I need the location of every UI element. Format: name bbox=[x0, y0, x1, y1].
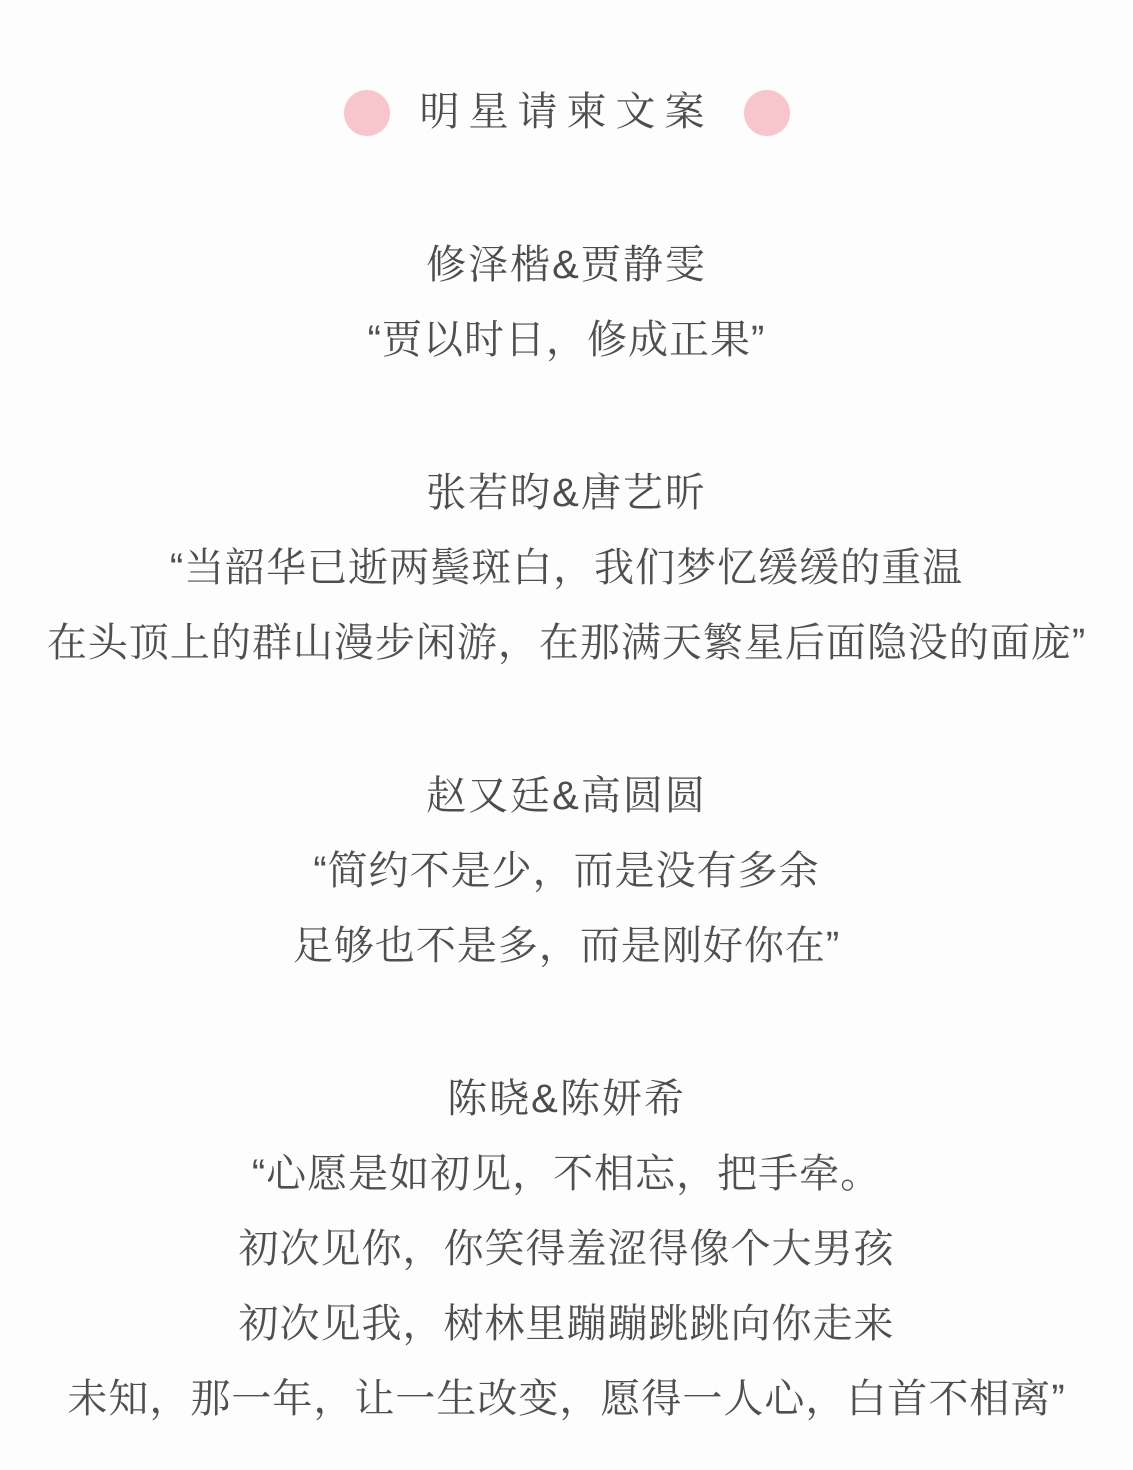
quote-line: 初次见我，树林里蹦蹦跳跳向你走来 bbox=[0, 1287, 1133, 1362]
quote-line: “心愿是如初见，不相忘，把手牵。 bbox=[0, 1137, 1133, 1212]
pink-dot-left-icon bbox=[344, 90, 390, 136]
pink-dot-right-icon bbox=[744, 90, 790, 136]
quote-line: 未知，那一年，让一生改变，愿得一人心，白首不相离” bbox=[0, 1362, 1133, 1437]
couple-section-xiu-jia: 修泽楷&贾静雯 “贾以时日，修成正果” bbox=[0, 228, 1133, 378]
couple-name: 赵又廷&高圆圆 bbox=[0, 759, 1133, 834]
couple-section-chen-chen: 陈晓&陈妍希 “心愿是如初见，不相忘，把手牵。 初次见你，你笑得羞涩得像个大男孩… bbox=[0, 1062, 1133, 1437]
page-title: 明星请柬文案 bbox=[420, 75, 714, 150]
quote-line: 在头顶上的群山漫步闲游，在那满天繁星后面隐没的面庞” bbox=[0, 606, 1133, 681]
couple-name: 张若昀&唐艺昕 bbox=[0, 456, 1133, 531]
couple-section-zhao-gao: 赵又廷&高圆圆 “简约不是少，而是没有多余 足够也不是多，而是刚好你在” bbox=[0, 759, 1133, 984]
quote-line: 足够也不是多，而是刚好你在” bbox=[0, 909, 1133, 984]
couple-name: 陈晓&陈妍希 bbox=[0, 1062, 1133, 1137]
quote-line: “当韶华已逝两鬓斑白，我们梦忆缓缓的重温 bbox=[0, 531, 1133, 606]
quote-line: “贾以时日，修成正果” bbox=[0, 303, 1133, 378]
quote-line: “简约不是少，而是没有多余 bbox=[0, 834, 1133, 909]
page-header: 明星请柬文案 bbox=[0, 75, 1133, 150]
invitation-copy-page: 明星请柬文案 修泽楷&贾静雯 “贾以时日，修成正果” 张若昀&唐艺昕 “当韶华已… bbox=[0, 0, 1133, 1470]
couple-section-zhang-tang: 张若昀&唐艺昕 “当韶华已逝两鬓斑白，我们梦忆缓缓的重温 在头顶上的群山漫步闲游… bbox=[0, 456, 1133, 681]
couple-name: 修泽楷&贾静雯 bbox=[0, 228, 1133, 303]
quote-line: 初次见你，你笑得羞涩得像个大男孩 bbox=[0, 1212, 1133, 1287]
